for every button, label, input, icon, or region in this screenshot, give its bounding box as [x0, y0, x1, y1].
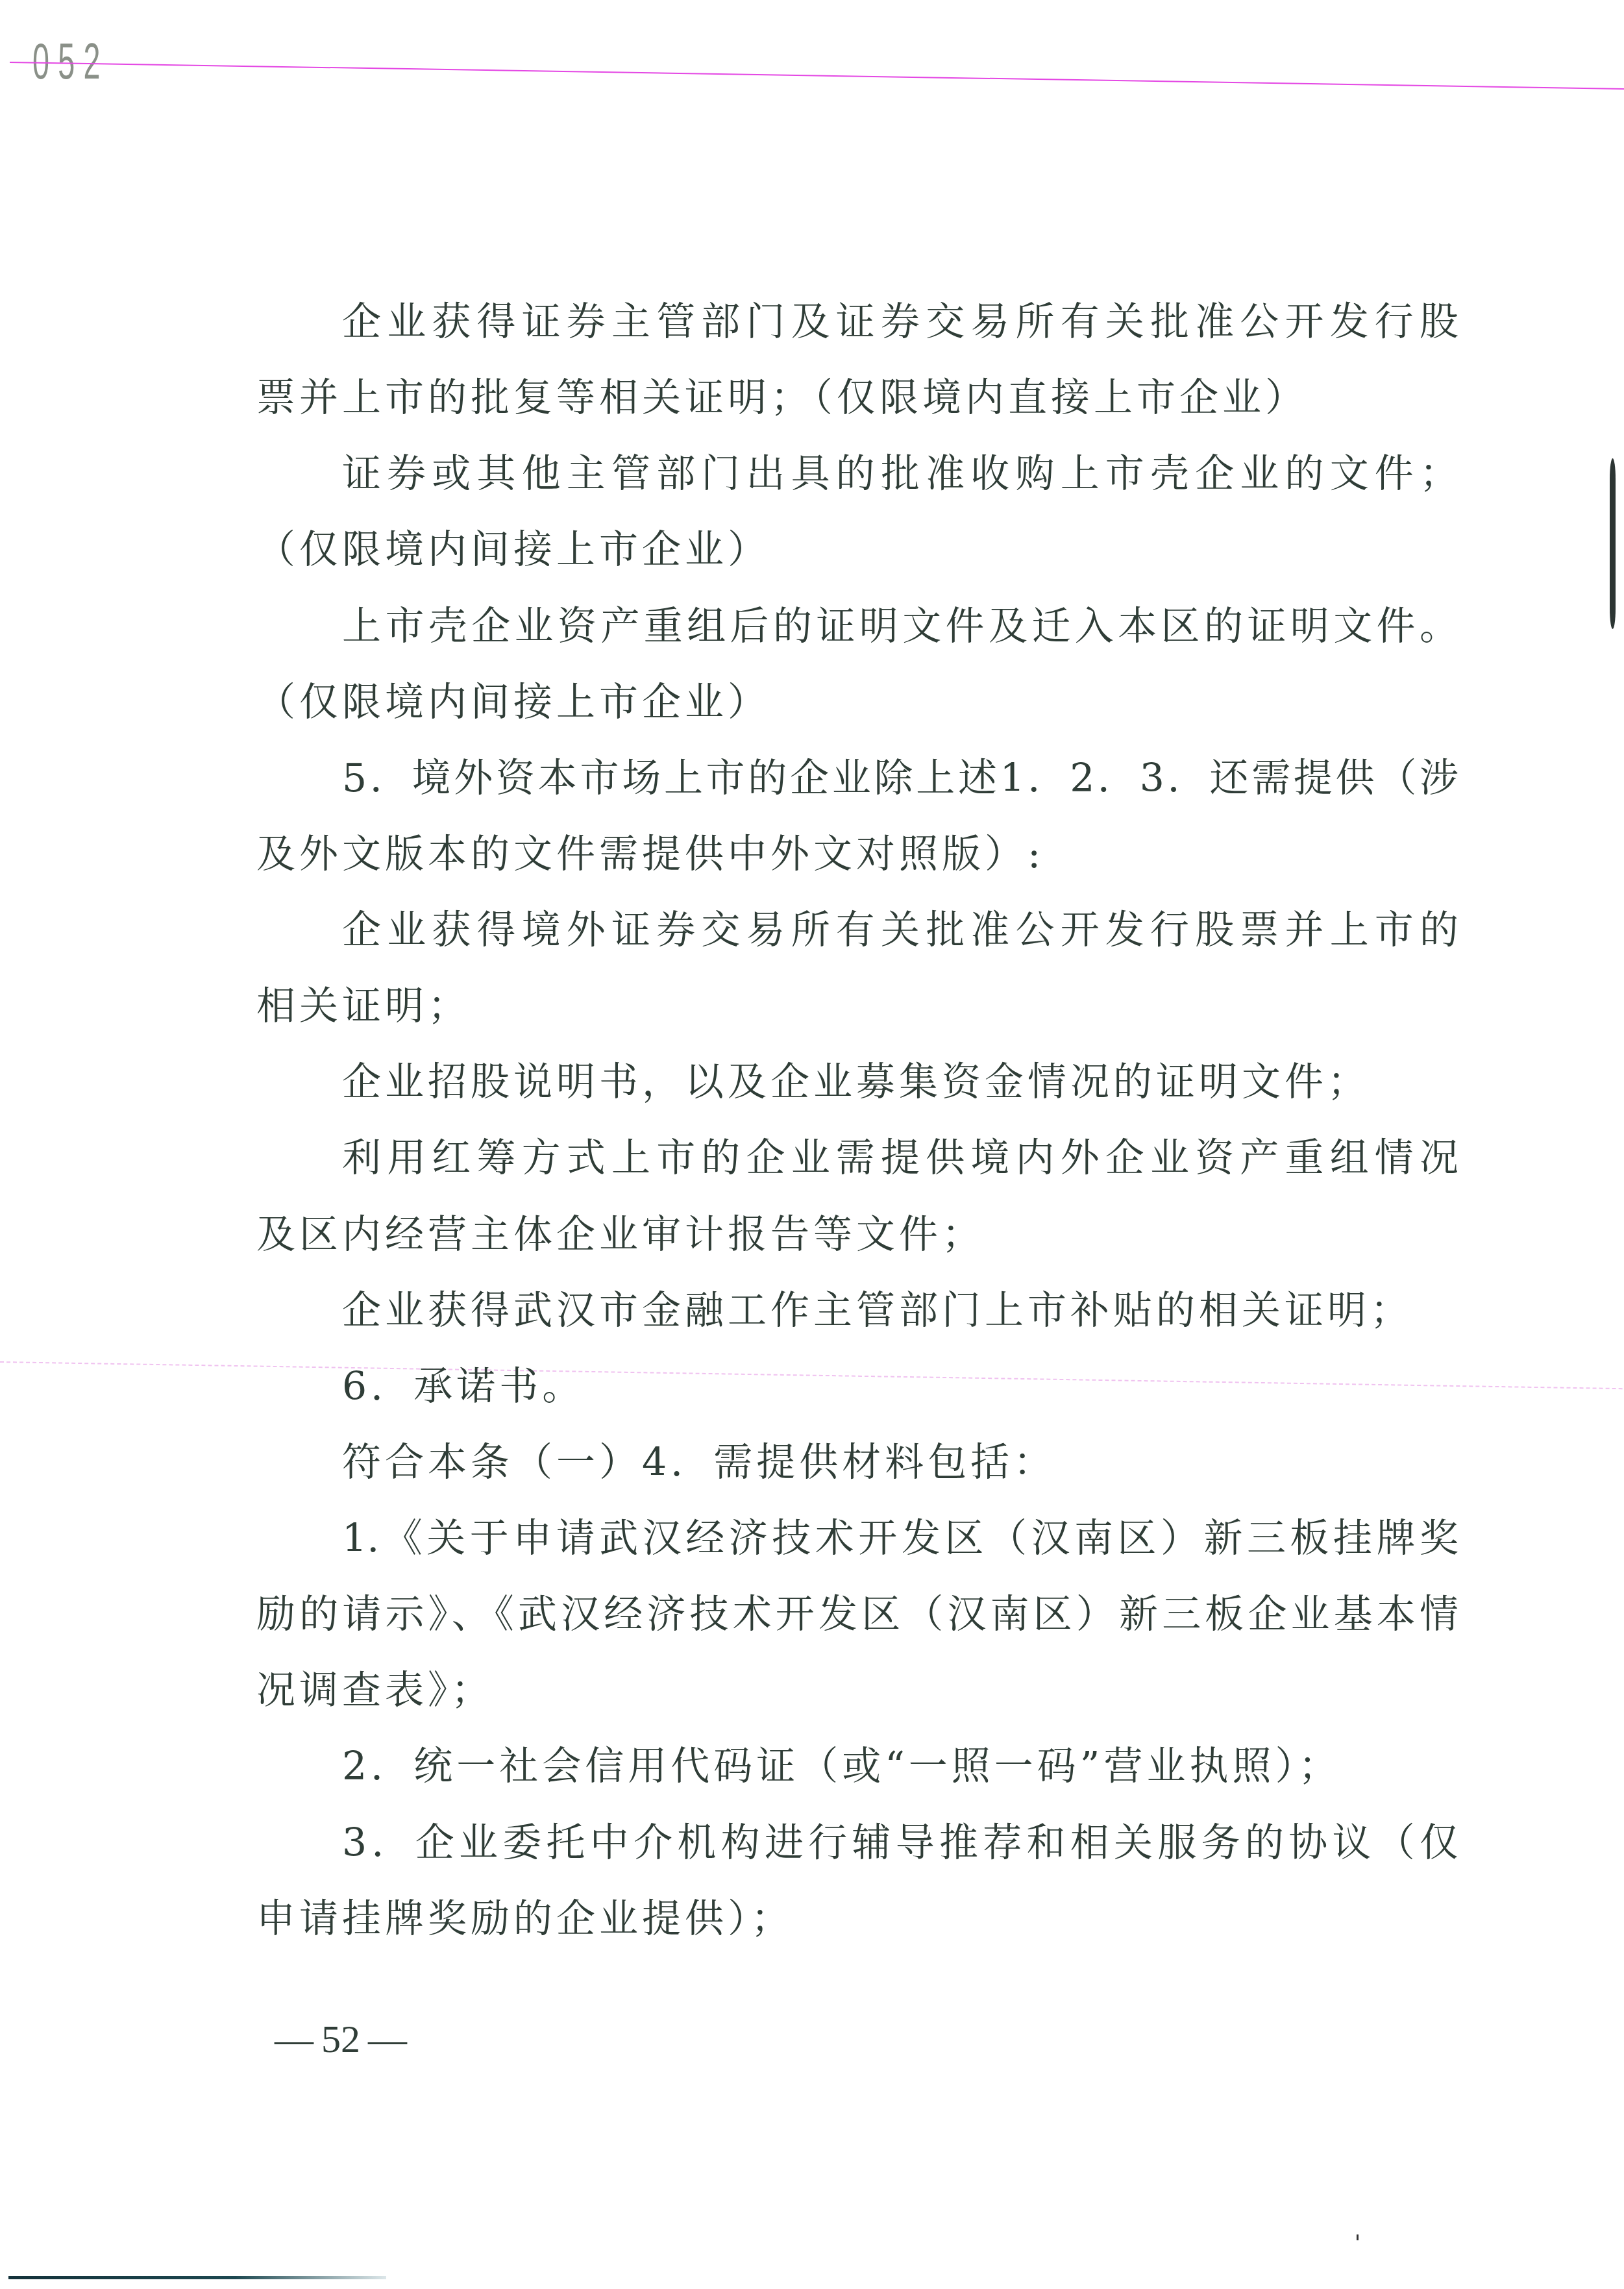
- text-line: 企业获得武汉市金融工作主管部门上市补贴的相关证明；: [256, 1273, 1458, 1349]
- text-line: 6．承诺书。: [256, 1349, 1458, 1425]
- text-line: 票并上市的批复等相关证明；（仅限境内直接上市企业）: [256, 360, 1458, 436]
- page-stamp-number: 052: [32, 36, 109, 86]
- text-line: 及外文版本的文件需提供中外文对照版）:: [256, 817, 1458, 893]
- body-text: 企业获得证券主管部门及证券交易所有关批准公开发行股 票并上市的批复等相关证明；（…: [256, 284, 1458, 1957]
- paragraph: 符合本条（一）4．需提供材料包括：: [256, 1425, 1458, 1501]
- text-line: 证券或其他主管部门出具的批准收购上市壳企业的文件；: [256, 436, 1458, 512]
- scan-bottom-edge-bar: [8, 2276, 386, 2279]
- page-footer: — 52 —: [275, 2019, 407, 2059]
- text-line: 2．统一社会信用代码证（或“一照一码”营业执照）；: [256, 1729, 1458, 1805]
- text-line: （仅限境内间接上市企业）: [256, 665, 1458, 741]
- paragraph: 3．企业委托中介机构进行辅导推荐和相关服务的协议（仅 申请挂牌奖励的企业提供）；: [256, 1805, 1458, 1957]
- paragraph: 上市壳企业资产重组后的证明文件及迁入本区的证明文件。 （仅限境内间接上市企业）: [256, 589, 1458, 741]
- paragraph: 2．统一社会信用代码证（或“一照一码”营业执照）；: [256, 1729, 1458, 1805]
- text-line: 3．企业委托中介机构进行辅导推荐和相关服务的协议（仅: [256, 1805, 1458, 1881]
- paragraph: 1.《关于申请武汉经济技术开发区（汉南区）新三板挂牌奖 励的请示》、《武汉经济技…: [256, 1501, 1458, 1729]
- paragraph: 企业获得武汉市金融工作主管部门上市补贴的相关证明；: [256, 1273, 1458, 1349]
- paragraph: 证券或其他主管部门出具的批准收购上市壳企业的文件； （仅限境内间接上市企业）: [256, 436, 1458, 588]
- text-line: 符合本条（一）4．需提供材料包括：: [256, 1425, 1458, 1501]
- top-rule-line: [10, 62, 1624, 90]
- scan-edge-mark: [1610, 458, 1616, 629]
- page-number: 52: [321, 2019, 360, 2059]
- paragraph: 企业招股说明书，以及企业募集资金情况的证明文件；: [256, 1045, 1458, 1120]
- paragraph: 企业获得证券主管部门及证券交易所有关批准公开发行股 票并上市的批复等相关证明；（…: [256, 284, 1458, 436]
- paragraph: 企业获得境外证券交易所有关批准公开发行股票并上市的 相关证明；: [256, 893, 1458, 1045]
- document-page: 052 企业获得证券主管部门及证券交易所有关批准公开发行股 票并上市的批复等相关…: [0, 0, 1624, 2289]
- text-line: 5．境外资本市场上市的企业除上述1．2．3．还需提供（涉: [256, 741, 1458, 817]
- text-line: 1.《关于申请武汉经济技术开发区（汉南区）新三板挂牌奖: [256, 1501, 1458, 1577]
- text-line: 况调查表》；: [256, 1653, 1458, 1729]
- text-line: 企业招股说明书，以及企业募集资金情况的证明文件；: [256, 1045, 1458, 1120]
- text-line: 企业获得证券主管部门及证券交易所有关批准公开发行股: [256, 284, 1458, 360]
- footer-dash-right: —: [368, 2019, 407, 2059]
- text-line: 利用红筹方式上市的企业需提供境内外企业资产重组情况: [256, 1120, 1458, 1196]
- text-line: 企业获得境外证券交易所有关批准公开发行股票并上市的: [256, 893, 1458, 969]
- text-line: 申请挂牌奖励的企业提供）；: [256, 1881, 1458, 1957]
- text-line: 及区内经营主体企业审计报告等文件；: [256, 1197, 1458, 1273]
- scan-speck: [1357, 2234, 1359, 2240]
- paragraph: 利用红筹方式上市的企业需提供境内外企业资产重组情况 及区内经营主体企业审计报告等…: [256, 1120, 1458, 1272]
- text-line: 上市壳企业资产重组后的证明文件及迁入本区的证明文件。: [256, 589, 1458, 665]
- text-line: （仅限境内间接上市企业）: [256, 512, 1458, 588]
- paragraph: 6．承诺书。: [256, 1349, 1458, 1425]
- text-line: 励的请示》、《武汉经济技术开发区（汉南区）新三板企业基本情: [256, 1577, 1458, 1653]
- paragraph: 5．境外资本市场上市的企业除上述1．2．3．还需提供（涉 及外文版本的文件需提供…: [256, 741, 1458, 893]
- footer-dash-left: —: [275, 2019, 314, 2059]
- text-line: 相关证明；: [256, 969, 1458, 1045]
